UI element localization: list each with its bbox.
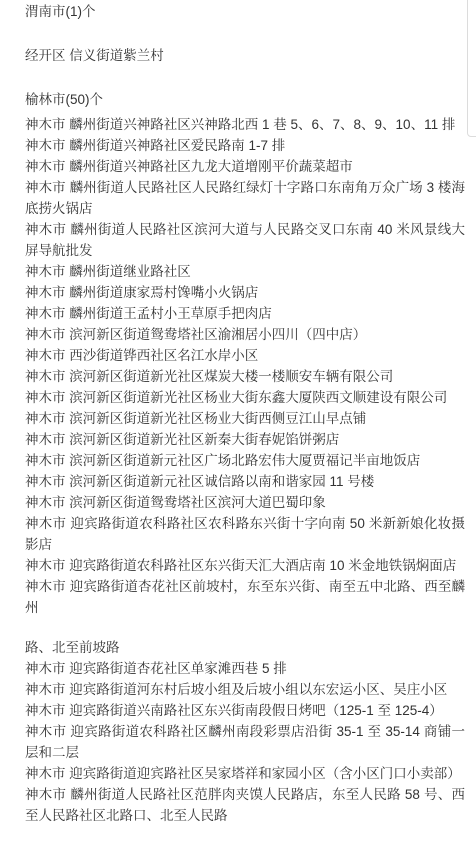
- risk-area-entry: 神木市 麟州街道王孟村小王草原手把肉店: [25, 303, 465, 324]
- risk-area-entry: 神木市 迎宾路街道农科路社区东兴街天汇大酒店南 10 米金地铁锅焖面店: [25, 555, 465, 576]
- risk-area-entry: 神木市 滨河新区街道新光社区新秦大街春妮馅饼粥店: [25, 429, 465, 450]
- risk-area-entry: 神木市 滨河新区街道新元社区广场北路宏伟大厦贾福记半亩地饭店: [25, 450, 465, 471]
- article-page: { "page": { "background_color": "#ffffff…: [0, 0, 476, 842]
- risk-area-entry: 神木市 滨河新区街道新光社区杨业大街西侧豆江山早点铺: [25, 408, 465, 429]
- district-entry-weinan: 经开区 信义街道紫兰村: [25, 45, 465, 66]
- risk-area-entry: 神木市 滨河新区街道新元社区诚信路以南和谐家园 11 号楼: [25, 471, 465, 492]
- risk-area-entry: 神木市 西沙街道铧西社区名江水岸小区: [25, 345, 465, 366]
- risk-area-entry: 神木市 滨河新区街道新光社区煤炭大楼一楼顺安车辆有限公司: [25, 366, 465, 387]
- city-heading-yulin: 榆林市(50)个: [25, 89, 465, 110]
- risk-area-entry: 神木市 迎宾路街道农科路社区农科路东兴街十字向南 50 米新新娘化妆摄影店: [25, 513, 465, 555]
- risk-area-entry: 神木市 迎宾路街道兴南路社区东兴街南段假日烤吧（125-1 至 125-4）: [25, 700, 465, 721]
- risk-area-entry: 神木市 滨河新区街道新光社区杨业大街东鑫大厦陕西文顺建设有限公司: [25, 387, 465, 408]
- risk-area-entry-continuation: 路、北至前坡路: [25, 637, 465, 658]
- risk-area-entry: 神木市 迎宾路街道迎宾路社区吴家塔祥和家园小区（含小区门口小卖部）: [25, 763, 465, 784]
- risk-area-entry: 神木市 迎宾路街道杏花社区前坡村，东至东兴街、南至五中北路、西至麟州: [25, 576, 465, 618]
- risk-area-entry: 神木市 迎宾路街道杏花社区单家滩西巷 5 排: [25, 658, 465, 679]
- risk-area-list: 渭南市(1)个 经开区 信义街道紫兰村 榆林市(50)个 神木市 麟州街道兴神路…: [0, 0, 476, 826]
- risk-area-entry: 神木市 麟州街道人民路社区范胖肉夹馍人民路店，东至人民路 58 号、西至人民路社…: [25, 784, 465, 826]
- risk-area-entry: 神木市 滨河新区街道鸳鸯塔社区渝湘居小四川（四中店）: [25, 324, 465, 345]
- cutoff-floating-panel: [467, 0, 476, 137]
- risk-area-entry: 神木市 麟州街道继业路社区: [25, 261, 465, 282]
- risk-area-entry: 神木市 麟州街道兴神路社区九龙大道增刚平价蔬菜超市: [25, 156, 465, 177]
- risk-area-entry: 神木市 滨河新区街道鸳鸯塔社区滨河大道巴蜀印象: [25, 492, 465, 513]
- risk-area-entry: 神木市 麟州街道兴神路社区兴神路北西 1 巷 5、6、7、8、9、10、11 排: [25, 114, 465, 135]
- risk-area-entry: 神木市 麟州街道人民路社区滨河大道与人民路交叉口东南 40 米风景线大屏导航批发: [25, 219, 465, 261]
- risk-area-entry: 神木市 迎宾路街道农科路社区麟州南段彩票店沿街 35-1 至 35-14 商铺一…: [25, 721, 465, 763]
- risk-area-entry: 神木市 迎宾路街道河东村后坡小组及后坡小组以东宏运小区、吴庄小区: [25, 679, 465, 700]
- risk-area-entry: 神木市 麟州街道人民路社区人民路红绿灯十字路口东南角万众广场 3 楼海底捞火锅店: [25, 177, 465, 219]
- city-heading-weinan: 渭南市(1)个: [25, 1, 465, 22]
- risk-area-entry: 神木市 麟州街道兴神路社区爱民路南 1-7 排: [25, 135, 465, 156]
- risk-area-entry: 神木市 麟州街道康家焉村馋嘴小火锅店: [25, 282, 465, 303]
